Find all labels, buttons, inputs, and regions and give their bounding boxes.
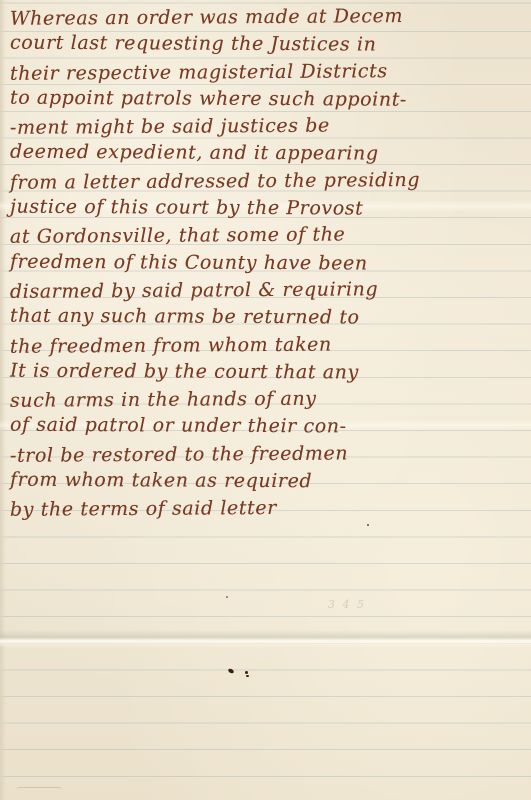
ink-spot: [246, 675, 249, 677]
text-line-6: deemed expedient, and it appearing: [10, 139, 525, 169]
text-line-7: from a letter addressed to the presiding: [10, 166, 525, 197]
faint-page-number: 3 4 5: [328, 598, 366, 611]
text-line-11: disarmed by said patrol & requiring: [10, 275, 525, 306]
text-line-13: the freedmen from whom taken: [10, 330, 525, 361]
ink-spot: [226, 596, 228, 598]
text-line-19: by the terms of said letter: [10, 494, 525, 525]
ink-spot: [367, 524, 369, 526]
text-line-8: justice of this court by the Provost: [10, 194, 525, 224]
text-line-9: at Gordonsville, that some of the: [10, 221, 525, 252]
text-line-1: Whereas an order was made at Decem: [10, 2, 525, 33]
text-line-10: freedmen of this County have been: [10, 248, 525, 278]
text-line-12: that any such arms be returned to: [10, 303, 525, 333]
text-line-5: -ment might be said justices be: [10, 111, 525, 142]
text-line-17: -trol be restored to the freedmen: [10, 439, 525, 470]
handwritten-text: Whereas an order was made at Decem court…: [10, 4, 525, 523]
text-line-14: It is ordered by the court that any: [10, 358, 525, 388]
text-line-15: such arms in the hands of any: [10, 384, 525, 415]
text-line-16: of said patrol or under their con-: [10, 412, 525, 442]
text-line-2: court last requesting the Justices in: [10, 30, 525, 60]
text-line-18: from whom taken as required: [10, 467, 525, 497]
text-line-3: their respective magisterial Districts: [10, 57, 525, 88]
text-line-4: to appoint patrols where such appoint-: [10, 85, 525, 115]
document-page: Whereas an order was made at Decem court…: [0, 0, 531, 800]
ink-spot: [245, 671, 248, 674]
fold-crease-lower: [0, 630, 531, 648]
paper-edge-mark: [16, 787, 62, 798]
page-left-edge: [0, 0, 6, 800]
